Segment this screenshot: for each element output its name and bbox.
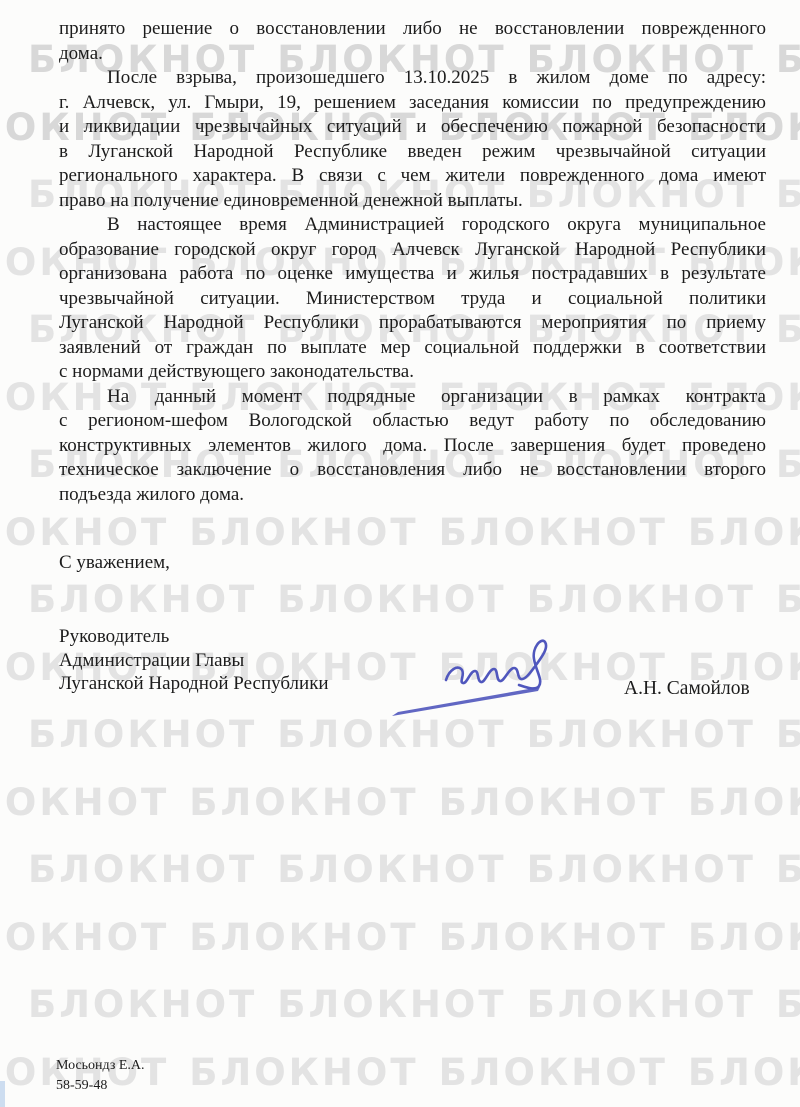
text-line: с нормами действующего законодательства.: [59, 360, 766, 385]
watermark-row: БЛОКНОТБЛОКНОТБЛОКНОТБЛОКНОТБЛОКНОТ: [28, 851, 800, 888]
text-line: и ликвидации чрезвычайных ситуаций и обе…: [59, 115, 766, 140]
watermark-word: БЛОКНОТ: [688, 1054, 800, 1091]
footer-contact: Мосьондз Е.А. 58-59-48: [56, 1056, 145, 1096]
text-line: принято решение о восстановлении либо не…: [59, 17, 766, 42]
signer-title-block: РуководительАдминистрации ГлавыЛуганской…: [59, 625, 329, 696]
text-line: организована работа по оценке имущества …: [59, 262, 766, 287]
watermark-word: БЛОКНОТ: [277, 581, 506, 618]
footer-contact-name: Мосьондз Е.А.: [56, 1056, 145, 1076]
watermark-word: БЛОКНОТ: [0, 919, 169, 956]
watermark-word: БЛОКНОТ: [0, 784, 169, 821]
watermark-word: БЛОКНОТ: [189, 1054, 418, 1091]
text-line: г. Алчевск, ул. Гмыри, 19, решением засе…: [59, 91, 766, 116]
text-line: подъезда жилого дома.: [59, 483, 766, 508]
watermark-word: БЛОКНОТ: [189, 784, 418, 821]
text-line: регионального характера. В связи с чем ж…: [59, 164, 766, 189]
text-line: После взрыва, произошедшего 13.10.2025 в…: [59, 66, 766, 91]
watermark-word: БЛОКНОТ: [439, 919, 668, 956]
document-page: БЛОКНОТБЛОКНОТБЛОКНОТБЛОКНОТБЛОКНОТБЛОКН…: [0, 0, 800, 1107]
scan-edge-artifact: [0, 1081, 5, 1107]
watermark-word: БЛОКНОТ: [776, 41, 800, 78]
watermark-word: БЛОКНОТ: [189, 919, 418, 956]
watermark-word: БЛОКНОТ: [776, 716, 800, 753]
watermark-word: БЛОКНОТ: [776, 581, 800, 618]
text-line: в Луганской Народной Республике введен р…: [59, 140, 766, 165]
text-line: чрезвычайной ситуации. Министерством тру…: [59, 287, 766, 312]
watermark-word: БЛОКНОТ: [439, 1054, 668, 1091]
watermark-word: БЛОКНОТ: [189, 514, 418, 551]
watermark-row: БЛОКНОТБЛОКНОТБЛОКНОТБЛОКНОТБЛОКНОТ: [28, 581, 800, 618]
watermark-row: БЛОКНОТБЛОКНОТБЛОКНОТБЛОКНОТБЛОКНОТ: [0, 514, 800, 551]
watermark-word: БЛОКНОТ: [776, 986, 800, 1023]
text-line: с регионом-шефом Вологодской областью ве…: [59, 409, 766, 434]
signer-title-line: Администрации Главы: [59, 649, 329, 673]
watermark-word: БЛОКНОТ: [776, 311, 800, 348]
watermark-word: БЛОКНОТ: [688, 514, 800, 551]
text-line: образование городской округ город Алчевс…: [59, 238, 766, 263]
handwritten-signature-icon: [378, 636, 578, 728]
signer-name: А.Н. Самойлов: [624, 678, 750, 700]
watermark-row: БЛОКНОТБЛОКНОТБЛОКНОТБЛОКНОТБЛОКНОТ: [0, 919, 800, 956]
signer-title-line: Руководитель: [59, 625, 329, 649]
watermark-word: БЛОКНОТ: [0, 514, 169, 551]
text-line: заявлений от граждан по выплате мер соци…: [59, 336, 766, 361]
text-line: На данный момент подрядные организации в…: [59, 385, 766, 410]
text-line: Луганской Народной Республики прорабатыв…: [59, 311, 766, 336]
footer-contact-phone: 58-59-48: [56, 1076, 145, 1096]
text-line: конструктивных элементов жилого дома. По…: [59, 434, 766, 459]
watermark-word: БЛОКНОТ: [277, 986, 506, 1023]
watermark-word: БЛОКНОТ: [28, 716, 257, 753]
watermark-word: БЛОКНОТ: [527, 851, 756, 888]
watermark-word: БЛОКНОТ: [28, 851, 257, 888]
watermark-word: БЛОКНОТ: [527, 581, 756, 618]
watermark-row: БЛОКНОТБЛОКНОТБЛОКНОТБЛОКНОТБЛОКНОТ: [0, 784, 800, 821]
watermark-word: БЛОКНОТ: [776, 176, 800, 213]
watermark-word: БЛОКНОТ: [776, 446, 800, 483]
watermark-word: БЛОКНОТ: [28, 581, 257, 618]
watermark-word: БЛОКНОТ: [277, 851, 506, 888]
paragraph: принято решение о восстановлении либо не…: [59, 17, 766, 66]
watermark-word: БЛОКНОТ: [527, 986, 756, 1023]
paragraph: После взрыва, произошедшего 13.10.2025 в…: [59, 66, 766, 213]
watermark-word: БЛОКНОТ: [688, 784, 800, 821]
text-line: дома.: [59, 42, 766, 67]
watermark-word: БЛОКНОТ: [439, 514, 668, 551]
watermark-word: БЛОКНОТ: [439, 784, 668, 821]
watermark-word: БЛОКНОТ: [688, 919, 800, 956]
text-line: техническое заключение о восстановления …: [59, 458, 766, 483]
text-line: В настоящее время Администрацией городск…: [59, 213, 766, 238]
text-line: право на получение единовременной денежн…: [59, 189, 766, 214]
watermark-row: БЛОКНОТБЛОКНОТБЛОКНОТБЛОКНОТБЛОКНОТ: [28, 986, 800, 1023]
closing-line: С уважением,: [59, 552, 170, 574]
signer-title-line: Луганской Народной Республики: [59, 672, 329, 696]
paragraph: В настоящее время Администрацией городск…: [59, 213, 766, 385]
paragraph: На данный момент подрядные организации в…: [59, 385, 766, 508]
watermark-word: БЛОКНОТ: [28, 986, 257, 1023]
letter-body: принято решение о восстановлении либо не…: [59, 17, 766, 507]
watermark-word: БЛОКНОТ: [776, 851, 800, 888]
